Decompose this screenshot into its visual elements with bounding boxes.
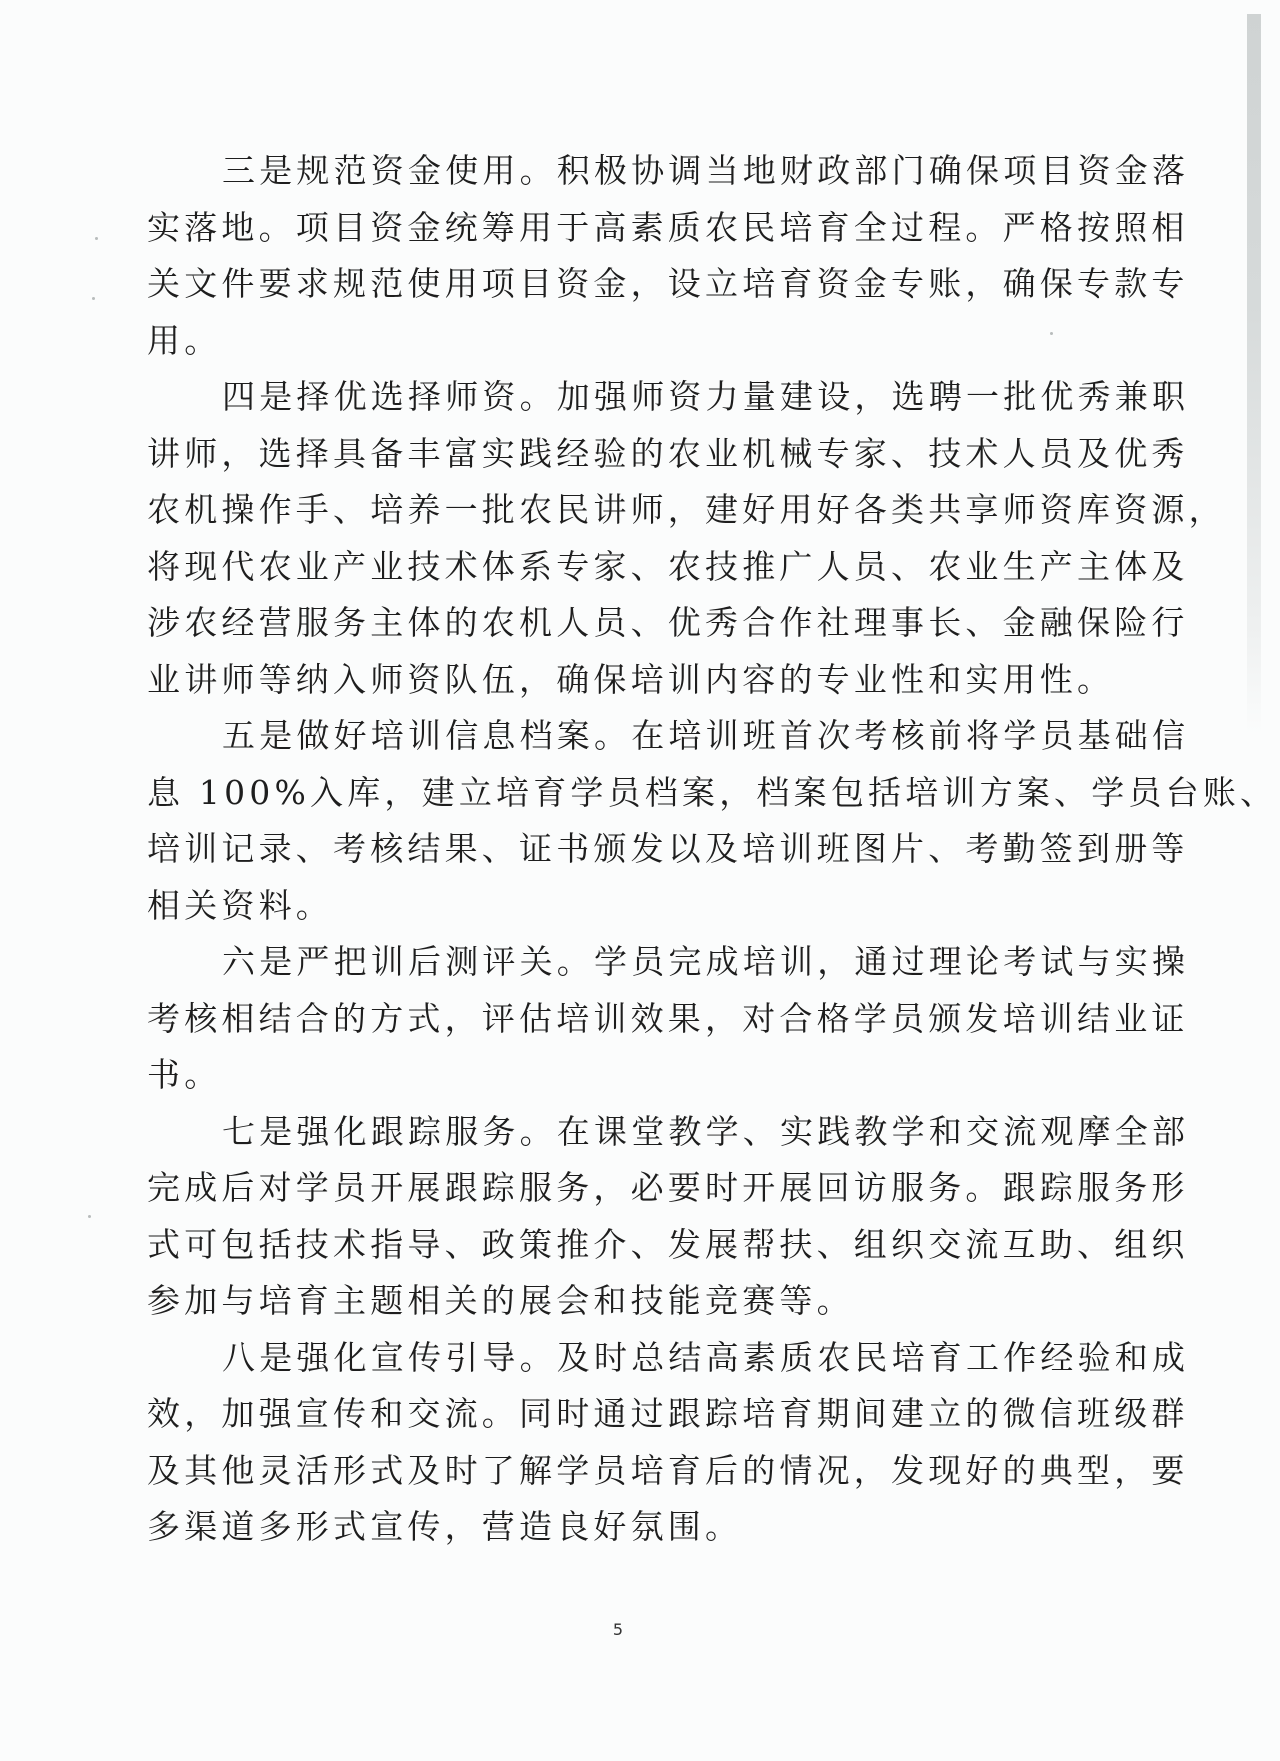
text-line: 七是强化跟踪服务。在课堂教学、实践教学和交流观摩全部: [147, 1104, 1087, 1161]
text-line: 相关资料。: [147, 878, 1087, 935]
paragraph-follow-up: 七是强化跟踪服务。在课堂教学、实践教学和交流观摩全部 完成后对学员开展跟踪服务，…: [147, 1104, 1087, 1330]
text-line: 农机操作手、培养一批农民讲师，建好用好各类共享师资库资源，: [147, 482, 1087, 539]
text-line: 及其他灵活形式及时了解学员培育后的情况，发现好的典型，要: [147, 1443, 1087, 1500]
text-line: 将现代农业产业技术体系专家、农技推广人员、农业生产主体及: [147, 539, 1087, 596]
text-line: 参加与培育主题相关的展会和技能竞赛等。: [147, 1273, 1087, 1330]
text-line: 书。: [147, 1047, 1087, 1104]
text-line: 六是严把训后测评关。学员完成培训，通过理论考试与实操: [147, 934, 1087, 991]
text-line: 考核相结合的方式，评估培训效果，对合格学员颁发培训结业证: [147, 991, 1087, 1048]
text-line: 四是择优选择师资。加强师资力量建设，选聘一批优秀兼职: [147, 369, 1087, 426]
document-page: 三是规范资金使用。积极协调当地财政部门确保项目资金落 实落地。项目资金统筹用于高…: [0, 0, 1280, 1761]
paragraph-archives: 五是做好培训信息档案。在培训班首次考核前将学员基础信 息 100%入库，建立培育…: [147, 708, 1087, 934]
text-line: 关文件要求规范使用项目资金，设立培育资金专账，确保专款专: [147, 256, 1087, 313]
paragraph-evaluation: 六是严把训后测评关。学员完成培训，通过理论考试与实操 考核相结合的方式，评估培训…: [147, 934, 1087, 1104]
text-line: 完成后对学员开展跟踪服务，必要时开展回访服务。跟踪服务形: [147, 1160, 1087, 1217]
scan-speck: [95, 237, 98, 240]
paragraph-teachers: 四是择优选择师资。加强师资力量建设，选聘一批优秀兼职 讲师，选择具备丰富实践经验…: [147, 369, 1087, 708]
paragraph-funds: 三是规范资金使用。积极协调当地财政部门确保项目资金落 实落地。项目资金统筹用于高…: [147, 143, 1087, 369]
scan-speck: [88, 1215, 91, 1218]
page-number: 5: [610, 1620, 626, 1639]
text-line: 八是强化宣传引导。及时总结高素质农民培育工作经验和成: [147, 1330, 1087, 1387]
text-line: 讲师，选择具备丰富实践经验的农业机械专家、技术人员及优秀: [147, 426, 1087, 483]
scan-speck: [92, 297, 95, 300]
text-line: 涉农经营服务主体的农机人员、优秀合作社理事长、金融保险行: [147, 595, 1087, 652]
text-line: 培训记录、考核结果、证书颁发以及培训班图片、考勤签到册等: [147, 821, 1087, 878]
text-line: 式可包括技术指导、政策推介、发展帮扶、组织交流互助、组织: [147, 1217, 1087, 1274]
text-line: 五是做好培训信息档案。在培训班首次考核前将学员基础信: [147, 708, 1087, 765]
text-line: 实落地。项目资金统筹用于高素质农民培育全过程。严格按照相: [147, 200, 1087, 257]
text-line: 多渠道多形式宣传，营造良好氛围。: [147, 1499, 1087, 1556]
paragraph-publicity: 八是强化宣传引导。及时总结高素质农民培育工作经验和成 效，加强宣传和交流。同时通…: [147, 1330, 1087, 1556]
body-text: 三是规范资金使用。积极协调当地财政部门确保项目资金落 实落地。项目资金统筹用于高…: [147, 143, 1087, 1556]
text-line: 用。: [147, 313, 1087, 370]
text-line: 效，加强宣传和交流。同时通过跟踪培育期间建立的微信班级群: [147, 1386, 1087, 1443]
text-line: 三是规范资金使用。积极协调当地财政部门确保项目资金落: [147, 143, 1087, 200]
text-line: 业讲师等纳入师资队伍，确保培训内容的专业性和实用性。: [147, 652, 1087, 709]
scan-edge-shadow: [1247, 14, 1261, 734]
text-line: 息 100%入库，建立培育学员档案，档案包括培训方案、学员台账、: [147, 765, 1087, 822]
